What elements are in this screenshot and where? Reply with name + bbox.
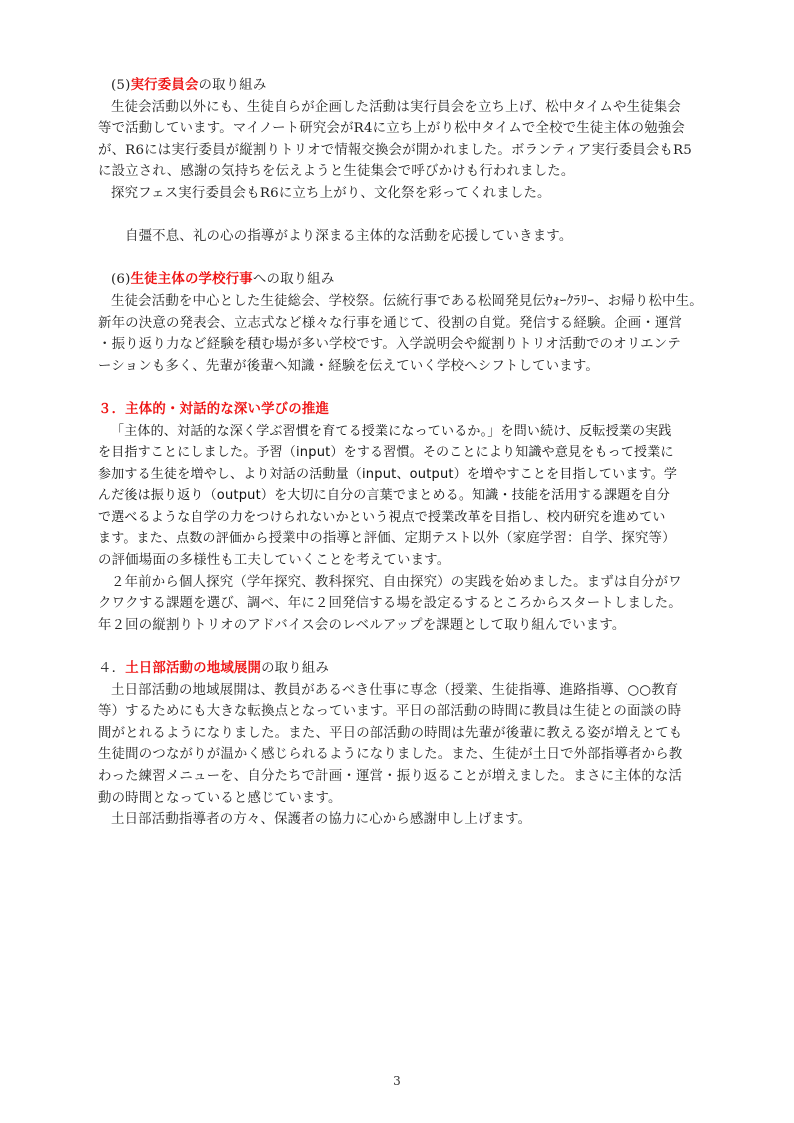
- section-4-heading: ４．土日部活動の地域展開の取り組み: [98, 658, 698, 680]
- paragraph-line: 探究フェス実行委員会もR6に立ち上がり、文化祭を彩ってくれました。: [98, 183, 698, 205]
- paragraph-line: に設立され、感謝の気持ちを伝えようと生徒集会で呼びかけも行われました。: [98, 161, 698, 183]
- paragraph-line: 土日部活動の地域展開は、教員があるべき仕事に専念（授業、生徒指導、進路指導、○○…: [98, 680, 698, 702]
- paragraph-line: 新年の決意の発表会、立志式など様々な行事を通じて、役割の自覚。発信する経験。企画…: [98, 313, 698, 335]
- section-6-number: (6): [111, 272, 131, 287]
- paragraph-line-bold: んだ後は振り返り（output）を大切に自分の言葉でまとめる。知識・技能を活用す…: [98, 485, 698, 507]
- document-page: (5)実行委員会の取り組み 生徒会活動以外にも、生徒自らが企画した活動は実行員会…: [98, 75, 698, 831]
- paragraph-line-mixed: ます。また、点数の評価から授業中の指導と評価、定期テスト以外（家庭学習：自学、探…: [98, 528, 698, 550]
- section-6-heading: (6)生徒主体の学校行事への取り組み: [98, 269, 698, 291]
- paragraph-line: 生徒会活動を中心とした生徒総会、学校祭。伝統行事である松岡発見伝ｳｫｰｸﾗﾘｰ、…: [98, 291, 698, 313]
- paragraph-line-bold: 参加する生徒を増やし、より対話の活動量（input、output）を増やすことを…: [98, 464, 698, 486]
- section-6-highlight: 生徒主体の学校行事: [131, 272, 253, 287]
- paragraph-line: 等で活動しています。マイノート研究会がR4に立ち上がり松中タイムで全校で生徒主体…: [98, 118, 698, 140]
- section-3-heading: ３．主体的・対話的な深い学びの推進: [98, 399, 698, 421]
- paragraph-line: 土日部活動指導者の方々、保護者の協力に心から感謝申し上げます。: [98, 809, 698, 831]
- paragraph-line: 等）するためにも大きな転換点となっています。平日の部活動の時間に教員は生徒との面…: [98, 701, 698, 723]
- paragraph-line: 間がとれるようになりました。また、平日の部活動の時間は先輩が後輩に教える姿が増え…: [98, 723, 698, 745]
- paragraph-line: 動の時間となっていると感じています。: [98, 788, 698, 810]
- paragraph-line: の評価場面の多様性も工夫していくことを考えています。: [98, 550, 698, 572]
- section-5-number: (5): [111, 78, 131, 93]
- paragraph-line-bold: 「主体的、対話的な深く学ぶ習慣を育てる授業になっているか。」を問い続け、反転授業…: [98, 421, 698, 443]
- section-5-heading: (5)実行委員会の取り組み: [98, 75, 698, 97]
- paragraph-line: が、R6には実行委員が縦割りトリオで情報交換会が開かれました。ボランティア実行委…: [98, 140, 698, 162]
- paragraph-line: 生徒間のつながりが温かく感じられるようになりました。また、生徒が土日で外部指導者…: [98, 744, 698, 766]
- paragraph-line: ーションも多く、先輩が後輩へ知識・経験を伝えていく学校へシフトしています。: [98, 356, 698, 378]
- page-number: 3: [0, 1074, 794, 1088]
- section-6-suffix: への取り組み: [253, 272, 335, 287]
- paragraph-line: クワクする課題を選び、調べ、年に２回発信する場を設定るするところからスタートしま…: [98, 593, 698, 615]
- paragraph-line: 年２回の縦割りトリオのアドバイス会のレベルアップを課題として取り組んでいます。: [98, 615, 698, 637]
- section-5-closing: 自彊不息、礼の心の指導がより深まる主体的な活動を応援していきます。: [98, 226, 698, 248]
- section-4-highlight: 土日部活動の地域展開: [125, 661, 261, 676]
- paragraph-line-bold: で選べるような自学の力をつけられないかという視点で授業改革を目指し、校内研究を進…: [98, 507, 698, 529]
- paragraph-line: ２年前から個人探究（学年探究、教科探究、自由探究）の実践を始めました。まずは自分…: [98, 572, 698, 594]
- section-5-suffix: の取り組み: [199, 78, 267, 93]
- paragraph-line: わった練習メニューを、自分たちで計画・運営・振り返ることが増えました。まさに主体…: [98, 766, 698, 788]
- mixed-regular-part: 授業中の指導と評価、定期テスト以外（家庭学習：自学、探究等）: [269, 531, 676, 546]
- mixed-bold-part: ます。また、点数の評価から: [98, 531, 269, 546]
- paragraph-line: ・振り返り力など経験を積む場が多い学校です。入学説明会や縦割りトリオ活動でのオリ…: [98, 334, 698, 356]
- section-4-number: ４．: [98, 661, 125, 676]
- section-5-highlight: 実行委員会: [131, 78, 199, 93]
- paragraph-line-bold: を目指すことにしました。予習（input）をする習慣。そのことにより知識や意見を…: [98, 442, 698, 464]
- paragraph-line: 生徒会活動以外にも、生徒自らが企画した活動は実行員会を立ち上げ、松中タイムや生徒…: [98, 97, 698, 119]
- section-4-suffix: の取り組み: [261, 661, 329, 676]
